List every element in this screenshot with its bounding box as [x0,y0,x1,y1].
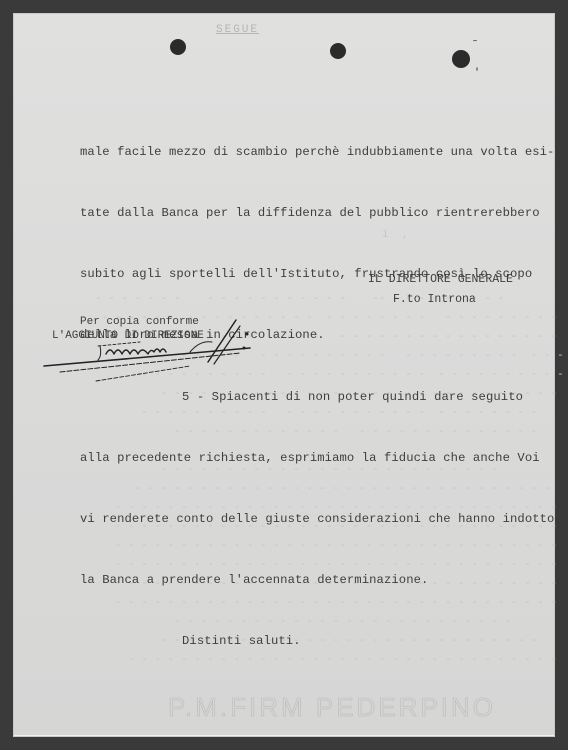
body-line: tate dalla Banca per la diffidenza del p… [80,203,554,223]
signatory-name: F.to Introna [393,293,476,306]
body-line: male facile mezzo di scambio perchè indu… [80,142,554,162]
paragraph-5-line: 5 - Spiacenti di non poter quindi dare s… [80,387,554,407]
punch-hole-center [330,43,346,59]
closing-salutation: Distinti saluti. [80,631,554,651]
paragraph-5-line: vi renderete conto delle giuste consider… [80,509,554,529]
punch-hole-right [452,50,470,68]
punch-hole-left [170,39,186,55]
page-bottom-edge [14,735,554,736]
bleed-through-stamp: P.M.FIRM PEDERPINO [168,692,496,723]
paragraph-5-line: la Banca a prendere l'accennata determin… [80,570,554,590]
header-mark: SEGUE [216,24,259,36]
ink-mark: ' [474,68,480,79]
ink-mark: ˜ [472,40,478,51]
signatory-title: IL DIRETTORE GENERALE [368,273,513,286]
handwritten-signature [40,318,260,388]
paragraph-5-line: alla precedente richiesta, esprimiamo la… [80,448,554,468]
